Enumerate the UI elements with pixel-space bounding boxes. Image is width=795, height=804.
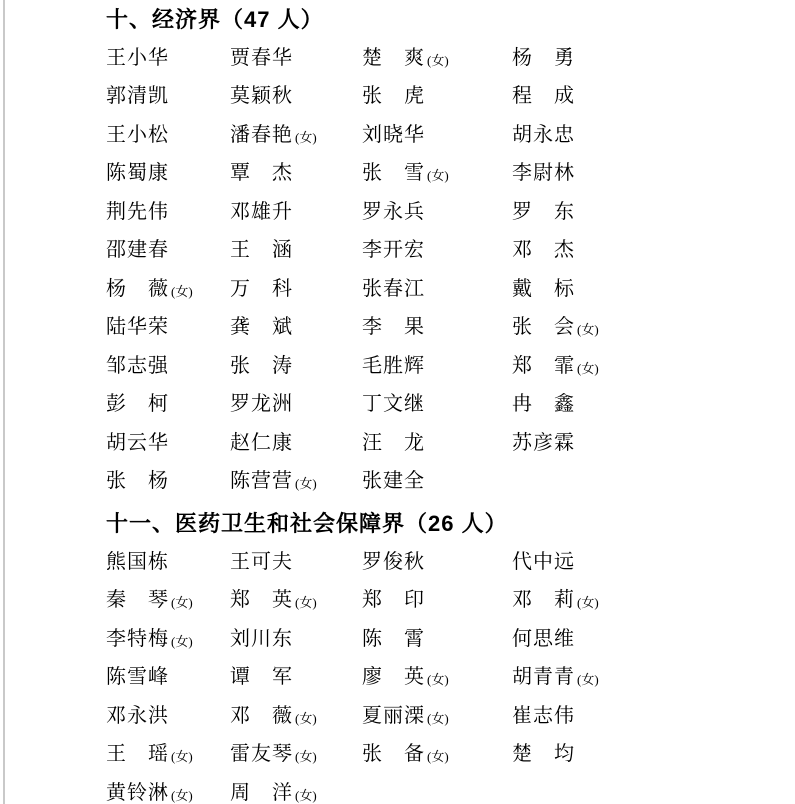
female-marker: (女) <box>427 746 449 765</box>
person-name: 邵建春 <box>106 229 230 268</box>
person-name: 廖 英 (女) <box>362 656 512 695</box>
person-name: 贾春华 <box>230 36 362 75</box>
person-name: 冉 鑫 <box>512 383 785 422</box>
female-marker: (女) <box>295 746 317 765</box>
person-name: 郭清凯 <box>106 75 230 114</box>
person-name-text: 王小华 <box>106 41 169 70</box>
person-name-text: 杨 薇 <box>106 272 169 301</box>
person-name-text: 苏彦霖 <box>512 426 575 455</box>
person-name-text: 刘川东 <box>230 622 293 651</box>
person-name-text: 谭 军 <box>230 660 293 689</box>
person-name-text: 郑 印 <box>362 583 425 612</box>
person-name: 戴 标 <box>512 267 785 306</box>
person-name-text: 莫颖秋 <box>230 79 293 108</box>
person-name-text: 王可夫 <box>230 545 293 574</box>
female-marker: (女) <box>171 785 193 804</box>
person-name: 邓永洪 <box>106 694 230 733</box>
person-name: 楚 爽 (女) <box>362 36 512 75</box>
person-name-text: 罗俊秋 <box>362 545 425 574</box>
person-name-text: 王 瑶 <box>106 737 169 766</box>
person-name: 何思维 <box>512 617 785 656</box>
person-name: 李开宏 <box>362 229 512 268</box>
person-name-text: 夏丽溧 <box>362 699 425 728</box>
person-name: 张春江 <box>362 267 512 306</box>
person-name: 陈营营 (女) <box>230 460 362 499</box>
person-name-text: 杨 勇 <box>512 41 575 70</box>
person-name: 王 瑶 (女) <box>106 733 230 772</box>
person-name-text: 李开宏 <box>362 233 425 262</box>
person-name: 罗俊秋 <box>362 540 512 579</box>
person-name: 夏丽溧 (女) <box>362 694 512 733</box>
female-marker: (女) <box>427 669 449 688</box>
person-name-text: 张春江 <box>362 272 425 301</box>
person-name-text: 胡青青 <box>512 660 575 689</box>
name-grid-economy: 王小华 贾春华 楚 爽 (女) 杨 勇 郭清凯 莫颖秋 张 虎 程 成 王小松 … <box>106 36 785 498</box>
person-name-text: 邵建春 <box>106 233 169 262</box>
person-name: 张 雪 (女) <box>362 152 512 191</box>
person-name-text: 罗永兵 <box>362 195 425 224</box>
person-name-text: 胡云华 <box>106 426 169 455</box>
person-name: 谭 军 <box>230 656 362 695</box>
person-name: 丁文继 <box>362 383 512 422</box>
person-name: 张 虎 <box>362 75 512 114</box>
person-name-text: 郭清凯 <box>106 79 169 108</box>
person-name-text: 郑 霏 <box>512 349 575 378</box>
person-name-text: 汪 龙 <box>362 426 425 455</box>
person-name: 张建全 <box>362 460 512 499</box>
person-name-text: 陆华荣 <box>106 310 169 339</box>
female-marker: (女) <box>295 785 317 804</box>
person-name: 王可夫 <box>230 540 362 579</box>
person-name-text: 赵仁康 <box>230 426 293 455</box>
person-name: 邓雄升 <box>230 190 362 229</box>
person-name-text: 冉 鑫 <box>512 387 575 416</box>
person-name: 罗龙洲 <box>230 383 362 422</box>
person-name: 罗永兵 <box>362 190 512 229</box>
female-marker: (女) <box>171 281 193 300</box>
person-name: 张 杨 <box>106 460 230 499</box>
person-name: 潘春艳 (女) <box>230 113 362 152</box>
person-name: 周 洋 (女) <box>230 771 362 804</box>
person-name: 楚 均 <box>512 733 785 772</box>
person-name-text: 楚 爽 <box>362 41 425 70</box>
person-name: 邓 杰 <box>512 229 785 268</box>
document-content: 十、经济界（47 人） 王小华 贾春华 楚 爽 (女) 杨 勇 郭清凯 莫颖秋 … <box>106 4 785 804</box>
person-name: 胡云华 <box>106 421 230 460</box>
person-name: 郑 霏 (女) <box>512 344 785 383</box>
person-name-text: 李 果 <box>362 310 425 339</box>
female-marker: (女) <box>171 592 193 611</box>
section-medical: 十一、医药卫生和社会保障界（26 人） 熊国栋 王可夫 罗俊秋 代中远 秦 琴 … <box>106 508 785 804</box>
person-name-text: 崔志伟 <box>512 699 575 728</box>
person-name-text: 陈营营 <box>230 464 293 493</box>
person-name-text: 程 成 <box>512 79 575 108</box>
person-name-text: 陈雪峰 <box>106 660 169 689</box>
person-name-text: 熊国栋 <box>106 545 169 574</box>
person-name: 陈 霄 <box>362 617 512 656</box>
person-name-text: 郑 英 <box>230 583 293 612</box>
person-name: 郑 印 <box>362 579 512 618</box>
person-name-text: 邓 杰 <box>512 233 575 262</box>
person-name-text: 张 虎 <box>362 79 425 108</box>
person-name: 崔志伟 <box>512 694 785 733</box>
person-name: 陆华荣 <box>106 306 230 345</box>
person-name-text: 雷友琴 <box>230 737 293 766</box>
person-name-text: 张 备 <box>362 737 425 766</box>
female-marker: (女) <box>295 592 317 611</box>
female-marker: (女) <box>577 592 599 611</box>
person-name: 李尉林 <box>512 152 785 191</box>
person-name: 汪 龙 <box>362 421 512 460</box>
female-marker: (女) <box>295 708 317 727</box>
person-name-text: 秦 琴 <box>106 583 169 612</box>
person-name: 张 涛 <box>230 344 362 383</box>
person-name-text: 张建全 <box>362 464 425 493</box>
female-marker: (女) <box>295 473 317 492</box>
person-name: 程 成 <box>512 75 785 114</box>
person-name-text: 张 杨 <box>106 464 169 493</box>
person-name-text: 潘春艳 <box>230 118 293 147</box>
person-name-text: 周 洋 <box>230 776 293 804</box>
person-name-text: 邓永洪 <box>106 699 169 728</box>
person-name: 陈蜀康 <box>106 152 230 191</box>
person-name: 王小松 <box>106 113 230 152</box>
person-name: 王 涵 <box>230 229 362 268</box>
person-name: 杨 薇 (女) <box>106 267 230 306</box>
person-name-text: 罗 东 <box>512 195 575 224</box>
person-name-text: 何思维 <box>512 622 575 651</box>
person-name-text: 罗龙洲 <box>230 387 293 416</box>
person-name-text: 陈 霄 <box>362 622 425 651</box>
person-name: 罗 东 <box>512 190 785 229</box>
female-marker: (女) <box>427 165 449 184</box>
person-name-text: 黄铃淋 <box>106 776 169 804</box>
person-name: 雷友琴 (女) <box>230 733 362 772</box>
person-name: 胡永忠 <box>512 113 785 152</box>
person-name: 彭 柯 <box>106 383 230 422</box>
person-name: 黄铃淋 (女) <box>106 771 230 804</box>
person-name: 莫颖秋 <box>230 75 362 114</box>
person-name-text: 丁文继 <box>362 387 425 416</box>
person-name: 秦 琴 (女) <box>106 579 230 618</box>
person-name-text: 廖 英 <box>362 660 425 689</box>
person-name: 万 科 <box>230 267 362 306</box>
section-heading-medical: 十一、医药卫生和社会保障界（26 人） <box>106 508 785 540</box>
person-name: 覃 杰 <box>230 152 362 191</box>
person-name-text: 万 科 <box>230 272 293 301</box>
person-name-text: 刘晓华 <box>362 118 425 147</box>
female-marker: (女) <box>427 50 449 69</box>
person-name-text: 龚 斌 <box>230 310 293 339</box>
person-name-text: 张 涛 <box>230 349 293 378</box>
person-name: 代中远 <box>512 540 785 579</box>
person-name: 赵仁康 <box>230 421 362 460</box>
person-name-text: 覃 杰 <box>230 156 293 185</box>
scan-edge-line <box>3 0 5 804</box>
person-name: 苏彦霖 <box>512 421 785 460</box>
person-name: 龚 斌 <box>230 306 362 345</box>
person-name-text: 贾春华 <box>230 41 293 70</box>
female-marker: (女) <box>577 669 599 688</box>
person-name: 杨 勇 <box>512 36 785 75</box>
person-name: 刘晓华 <box>362 113 512 152</box>
person-name-text: 胡永忠 <box>512 118 575 147</box>
person-name-text: 邓 莉 <box>512 583 575 612</box>
person-name: 邹志强 <box>106 344 230 383</box>
person-name-text: 邓雄升 <box>230 195 293 224</box>
person-name-text: 荆先伟 <box>106 195 169 224</box>
person-name: 毛胜辉 <box>362 344 512 383</box>
section-economy: 十、经济界（47 人） 王小华 贾春华 楚 爽 (女) 杨 勇 郭清凯 莫颖秋 … <box>106 4 785 498</box>
person-name: 荆先伟 <box>106 190 230 229</box>
female-marker: (女) <box>577 319 599 338</box>
person-name: 邓 莉 (女) <box>512 579 785 618</box>
section-heading-economy: 十、经济界（47 人） <box>106 4 785 36</box>
person-name: 胡青青 (女) <box>512 656 785 695</box>
person-name-text: 张 雪 <box>362 156 425 185</box>
person-name-text: 戴 标 <box>512 272 575 301</box>
person-name-text: 楚 均 <box>512 737 575 766</box>
person-name: 张 会 (女) <box>512 306 785 345</box>
person-name-text: 李尉林 <box>512 156 575 185</box>
female-marker: (女) <box>295 127 317 146</box>
person-name: 刘川东 <box>230 617 362 656</box>
female-marker: (女) <box>577 358 599 377</box>
person-name-text: 彭 柯 <box>106 387 169 416</box>
person-name: 熊国栋 <box>106 540 230 579</box>
person-name: 邓 薇 (女) <box>230 694 362 733</box>
person-name-text: 张 会 <box>512 310 575 339</box>
name-grid-medical: 熊国栋 王可夫 罗俊秋 代中远 秦 琴 (女) 郑 英 (女) 郑 印 邓 莉 … <box>106 540 785 804</box>
person-name: 郑 英 (女) <box>230 579 362 618</box>
person-name: 李特梅 (女) <box>106 617 230 656</box>
person-name-text: 陈蜀康 <box>106 156 169 185</box>
person-name-text: 代中远 <box>512 545 575 574</box>
person-name: 陈雪峰 <box>106 656 230 695</box>
person-name: 王小华 <box>106 36 230 75</box>
female-marker: (女) <box>171 746 193 765</box>
person-name-text: 邓 薇 <box>230 699 293 728</box>
person-name: 李 果 <box>362 306 512 345</box>
person-name-text: 王 涵 <box>230 233 293 262</box>
person-name-text: 李特梅 <box>106 622 169 651</box>
person-name: 张 备 (女) <box>362 733 512 772</box>
female-marker: (女) <box>171 631 193 650</box>
person-name-text: 王小松 <box>106 118 169 147</box>
person-name-text: 邹志强 <box>106 349 169 378</box>
female-marker: (女) <box>427 708 449 727</box>
person-name-text: 毛胜辉 <box>362 349 425 378</box>
